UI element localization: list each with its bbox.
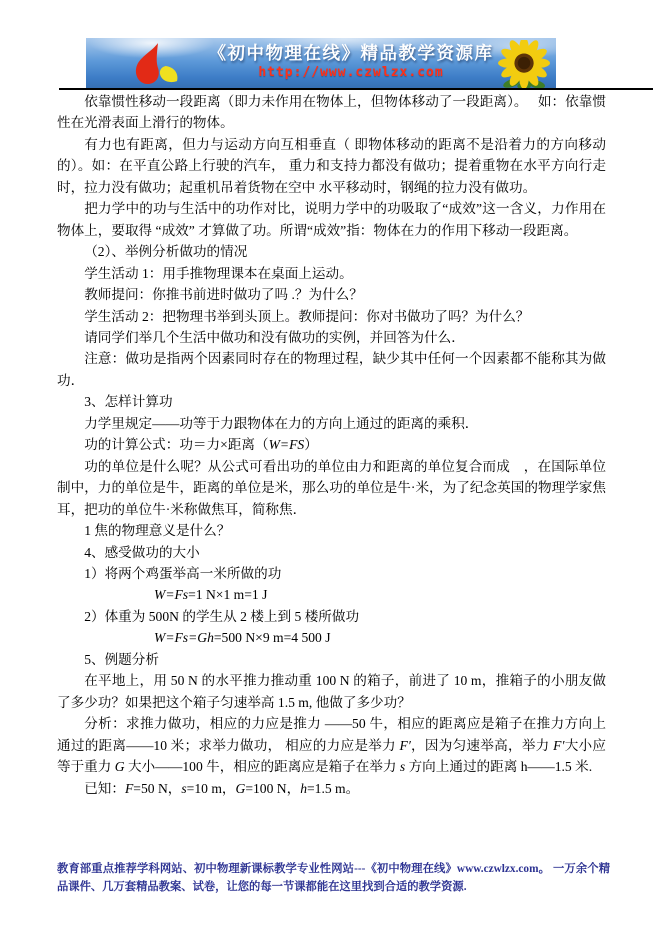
sunflower-icon [496, 40, 554, 88]
paragraph: 请同学们举几个生活中做功和没有做功的实例，并回答为什么． [57, 327, 606, 348]
paragraph: 5、例题分析 [57, 649, 606, 670]
text-segment: =10 m， [187, 781, 236, 796]
paragraph: 注意：做功是指两个因素同时存在的物理过程，缺少其中任何一个因素都不能称其为做功． [57, 348, 606, 391]
formula-variable: F′ [553, 738, 564, 753]
formula-line: W=Fs=Gh=500 N×9 m=4 500 J [154, 627, 606, 648]
paragraph: 已知：F=50 N，s=10 m，G=100 N，h=1.5 m。 [57, 778, 606, 799]
banner-text-block: 《初中物理在线》精品教学资源库 http://www.czwlzx.com [156, 42, 546, 81]
text-segment: 方向上通过的距离 h——1.5 米. [405, 759, 592, 774]
text-segment: 1 焦的物理意义是什么？ [84, 523, 230, 538]
paragraph: 3、怎样计算功 [57, 391, 606, 412]
formula-variable: G [115, 759, 125, 774]
text-segment: 有力也有距离，但力与运动方向互相垂直（ 即物体移动的距离不是沿着力的方向移动的）… [57, 137, 606, 195]
text-segment: =50 N， [133, 781, 181, 796]
text-segment: ，因为匀速举高，举力 [411, 738, 553, 753]
document-body: 依靠惯性移动一段距离（即力未作用在物体上，但物体移动了一段距离）。 如：依靠惯性… [57, 91, 606, 799]
text-segment: 教师提问：你推书前进时做功了吗 .？为什么？ [84, 287, 363, 302]
text-segment: 4、感受做功的大小 [84, 545, 200, 560]
text-segment: 大小——100 牛，相应的距离应是箱子在举力 [125, 759, 400, 774]
paragraph: 在平地上，用 50 N 的水平推力推动重 100 N 的箱子，前进了 10 m，… [57, 670, 606, 713]
paragraph: 学生活动 2：把物理书举到头顶上。教师提问：你对书做功了吗？为什么？ [57, 306, 606, 327]
footer-text: 教育部重点推荐学科网站、初中物理新课标教学专业性网站---《初中物理在线》www… [57, 860, 610, 896]
paragraph: 1）将两个鸡蛋举高一米所做的功 [57, 563, 606, 584]
banner-title: 《初中物理在线》精品教学资源库 [156, 42, 546, 64]
paragraph: 功的单位是什么呢？从公式可看出功的单位由力和距离的单位复合而成 ，在国际单位制中… [57, 456, 606, 520]
paragraph: 4、感受做功的大小 [57, 542, 606, 563]
formula-variable: W=Fs [154, 587, 188, 602]
paragraph: 分析：求推力做功，相应的力应是推力 ——50 牛，相应的距离应是箱子在推力方向上… [57, 713, 606, 777]
text-segment: 1）将两个鸡蛋举高一米所做的功 [84, 566, 281, 581]
formula-variable: G [235, 781, 245, 796]
text-segment: 力学里规定——功等于力跟物体在力的方向上通过的距离的乘积． [84, 416, 478, 431]
text-segment: 注意：做功是指两个因素同时存在的物理过程，缺少其中任何一个因素都不能称其为做功． [57, 351, 606, 387]
text-segment: =1.5 m。 [307, 781, 359, 796]
text-segment: 依靠惯性移动一段距离（即力未作用在物体上，但物体移动了一段距离）。 如：依靠惯性… [57, 94, 606, 130]
text-segment: 学生活动 2：把物理书举到头顶上。教师提问：你对书做功了吗？为什么？ [84, 309, 529, 324]
text-segment: =500 N×9 m=4 500 J [214, 630, 331, 645]
banner-url: http://www.czwlzx.com [156, 64, 546, 81]
paragraph: 功的计算公式：功＝力×距离（W=FS） [57, 434, 606, 455]
text-segment: =1 N×1 m=1 J [188, 587, 267, 602]
horizontal-rule [59, 88, 653, 90]
text-segment: =100 N， [245, 781, 300, 796]
text-segment: 在平地上，用 50 N 的水平推力推动重 100 N 的箱子，前进了 10 m，… [57, 673, 606, 709]
paragraph: 学生活动 1：用手推物理课本在桌面上运动。 [57, 263, 606, 284]
formula-line: W=Fs=1 N×1 m=1 J [154, 584, 606, 605]
paragraph: （2）、举例分析做功的情况 [57, 241, 606, 262]
document-page: 《初中物理在线》精品教学资源库 http://www.czwlzx.com [0, 0, 661, 936]
text-segment: 已知： [84, 781, 125, 796]
text-segment: 3、怎样计算功 [84, 394, 172, 409]
text-segment: 请同学们举几个生活中做功和没有做功的实例，并回答为什么． [84, 330, 465, 345]
paragraph: 1 焦的物理意义是什么？ [57, 520, 606, 541]
formula-variable: W=Fs=Gh [154, 630, 214, 645]
text-segment: ） [304, 437, 318, 452]
text-segment: 把力学中的功与生活中的功作对比，说明力学中的功吸取了“成效”这一含义，力作用在物… [57, 201, 606, 237]
formula-variable: W=FS [269, 437, 305, 452]
text-segment: 功的计算公式：功＝力×距离（ [84, 437, 268, 452]
paragraph: 2）体重为 500N 的学生从 2 楼上到 5 楼所做功 [57, 606, 606, 627]
paragraph: 力学里规定——功等于力跟物体在力的方向上通过的距离的乘积． [57, 413, 606, 434]
formula-variable: h [300, 781, 307, 796]
paragraph: 把力学中的功与生活中的功作对比，说明力学中的功吸取了“成效”这一含义，力作用在物… [57, 198, 606, 241]
paragraph: 有力也有距离，但力与运动方向互相垂直（ 即物体移动的距离不是沿着力的方向移动的）… [57, 134, 606, 198]
sunflower-center-inner [518, 57, 531, 69]
paragraph: 教师提问：你推书前进时做功了吗 .？为什么？ [57, 284, 606, 305]
site-banner: 《初中物理在线》精品教学资源库 http://www.czwlzx.com [86, 38, 556, 88]
text-segment: 功的单位是什么呢？从公式可看出功的单位由力和距离的单位复合而成 ，在国际单位制中… [57, 459, 606, 517]
formula-variable: F′ [400, 738, 411, 753]
text-segment: （2）、举例分析做功的情况 [84, 244, 247, 259]
text-segment: 学生活动 1：用手推物理课本在桌面上运动。 [84, 266, 352, 281]
text-segment: 5、例题分析 [84, 652, 159, 667]
paragraph: 依靠惯性移动一段距离（即力未作用在物体上，但物体移动了一段距离）。 如：依靠惯性… [57, 91, 606, 134]
text-segment: 2）体重为 500N 的学生从 2 楼上到 5 楼所做功 [84, 609, 359, 624]
